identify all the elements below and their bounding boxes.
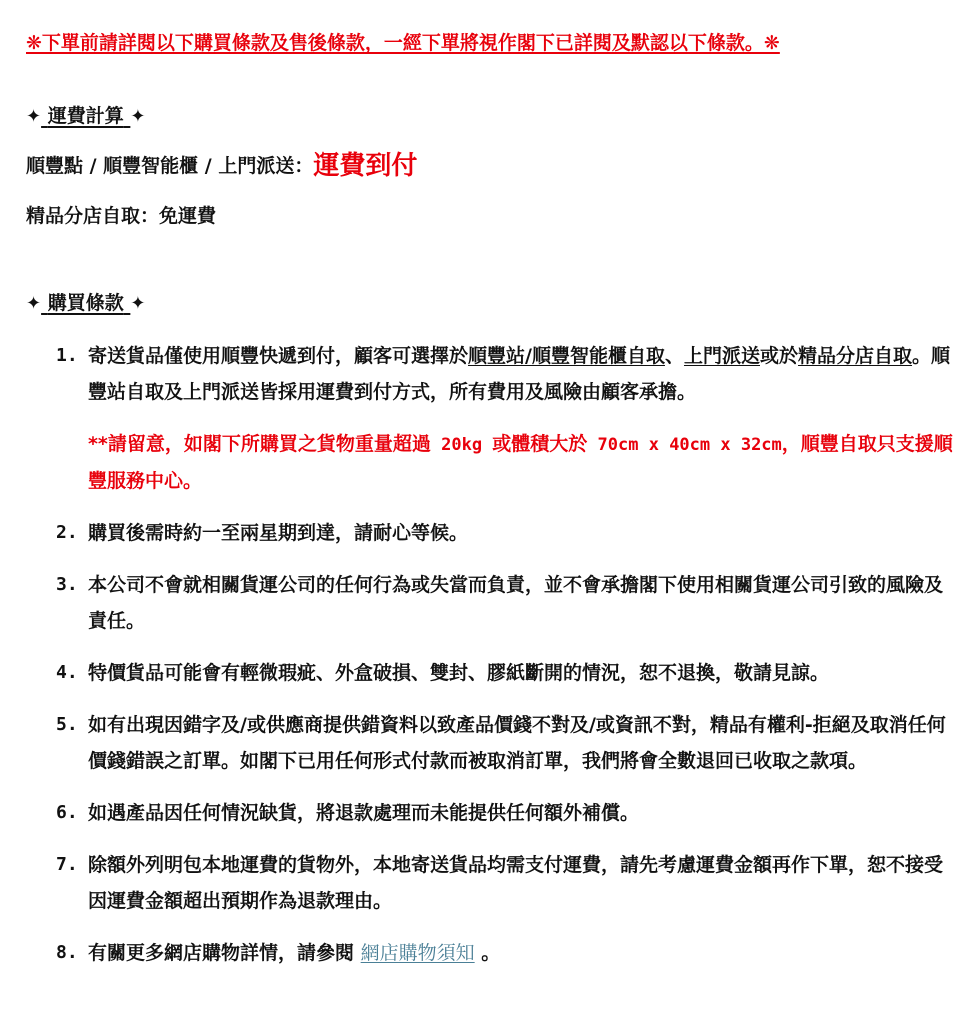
freight-collect-value: 運費到付 [313,151,417,181]
sf-station-locker-pickup: 順豐站/順豐智能櫃自取 [468,345,665,367]
store-pickup-label: 精品分店自取： [26,205,159,227]
term-text: 寄送貨品僅使用順豐快遞到付，顧客可選擇於順豐站/順豐智能櫃自取、上門派送或於精品… [88,338,956,410]
delivery-methods-label: 順豐點 / 順豐智能櫃 / 上門派送： [26,155,313,177]
term-text: 除額外列明包本地運費的貨物外，本地寄送貨品均需支付運費，請先考慮運費金額再作下單… [88,847,956,919]
term-text: 有關更多網店購物詳情，請參閱 網店購物須知 。 [88,935,956,971]
term-number: 8. [56,935,78,971]
purchase-terms-page: ❋下單前請詳閱以下購買條款及售後條款，一經下單將視作閣下已詳閱及默認以下條款。❋… [0,0,975,1024]
term-text: 如遇產品因任何情況缺貨，將退款處理而未能提供任何額外補償。 [88,795,956,831]
term-item-1: 1. 寄送貨品僅使用順豐快遞到付，顧客可選擇於順豐站/順豐智能櫃自取、上門派送或… [56,338,956,499]
purchase-terms-heading-text: 購買條款 [48,292,124,314]
terms-list: 1. 寄送貨品僅使用順豐快遞到付，顧客可選擇於順豐站/順豐智能櫃自取、上門派送或… [56,338,956,987]
term-text-part: 或於 [760,345,798,367]
term-text: 本公司不會就相關貨運公司的任何行為或失當而負責，並不會承擔閣下使用相關貨運公司引… [88,567,956,639]
four-point-star-icon: ✦ [26,293,41,314]
term-number: 1. [56,338,78,374]
term-item-8: 8. 有關更多網店購物詳情，請參閱 網店購物須知 。 [56,935,956,971]
warning-text: **請留意，如閣下所購買之貨物重量超過 [88,433,431,455]
weight-limit: 20kg [431,435,492,455]
term-text: 如有出現因錯字及/或供應商提供錯資料以致產品價錢不對及/或資訊不對，精品有權利-… [88,707,956,779]
term-number: 2. [56,515,78,551]
shipping-fee-pickup-line: 精品分店自取：免運費 [26,201,216,228]
term-item-5: 5. 如有出現因錯字及/或供應商提供錯資料以致產品價錢不對及/或資訊不對，精品有… [56,707,956,779]
term-item-2: 2. 購買後需時約一至兩星期到達，請耐心等候。 [56,515,956,551]
term-text-part: 、 [665,345,684,367]
term-number: 5. [56,707,78,743]
online-shopping-guide-link[interactable]: 網店購物須知 [361,942,475,964]
term-text-part: 。 [481,942,500,964]
term-text-part: 寄送貨品僅使用順豐快遞到付，顧客可選擇於 [88,345,468,367]
free-shipping-value: 免運費 [159,205,216,227]
home-delivery: 上門派送 [684,345,760,367]
term-number: 4. [56,655,78,691]
four-point-star-icon: ✦ [26,106,41,127]
pre-order-notice: ❋下單前請詳閱以下購買條款及售後條款，一經下單將視作閣下已詳閱及默認以下條款。❋ [26,28,780,55]
shipping-fee-heading: ✦ 運費計算 ✦ [26,101,145,128]
shipping-fee-delivery-line: 順豐點 / 順豐智能櫃 / 上門派送：運費到付 [26,145,417,182]
oversize-warning: **請留意，如閣下所購買之貨物重量超過 20kg 或體積大於 70cm x 40… [88,426,956,499]
term-item-7: 7. 除額外列明包本地運費的貨物外，本地寄送貨品均需支付運費，請先考慮運費金額再… [56,847,956,919]
term-text-part: 有關更多網店購物詳情，請參閱 [88,942,354,964]
size-limit: 70cm x 40cm x 32cm [587,435,781,455]
term-item-6: 6. 如遇產品因任何情況缺貨，將退款處理而未能提供任何額外補償。 [56,795,956,831]
shipping-fee-heading-text: 運費計算 [48,105,124,127]
term-text: 特價貨品可能會有輕微瑕疵、外盒破損、雙封、膠紙斷開的情況，恕不退換，敬請見諒。 [88,655,956,691]
term-item-3: 3. 本公司不會就相關貨運公司的任何行為或失當而負責，並不會承擔閣下使用相關貨運… [56,567,956,639]
term-item-4: 4. 特價貨品可能會有輕微瑕疵、外盒破損、雙封、膠紙斷開的情況，恕不退換，敬請見… [56,655,956,691]
store-pickup: 精品分店自取 [798,345,912,367]
four-point-star-icon: ✦ [130,106,145,127]
purchase-terms-heading: ✦ 購買條款 ✦ [26,288,145,315]
four-point-star-icon: ✦ [130,293,145,314]
term-text: 購買後需時約一至兩星期到達，請耐心等候。 [88,515,956,551]
term-number: 3. [56,567,78,603]
term-number: 6. [56,795,78,831]
warning-text: 或體積大於 [492,433,587,455]
term-number: 7. [56,847,78,883]
